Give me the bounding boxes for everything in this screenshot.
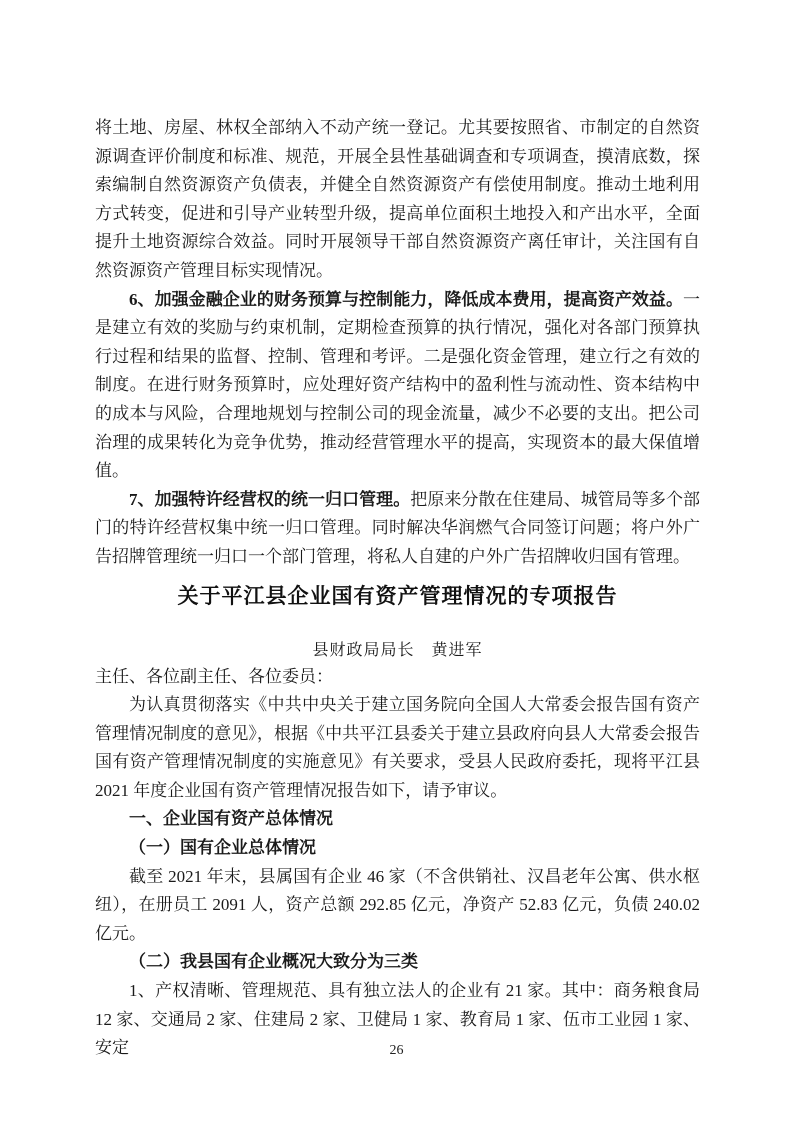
salutation: 主任、各位副主任、各位委员： <box>95 663 700 692</box>
report-title: 关于平江县企业国有资产管理情况的专项报告 <box>95 581 700 613</box>
item-6-body: 一是建立有效的奖励与约束机制，定期检查预算的执行情况，强化对各部门预算执行过程和… <box>95 290 700 481</box>
paragraph-item-7: 7、加强特许经营权的统一归口管理。把原来分散在住建局、城管局等多个部门的特许经营… <box>95 486 700 572</box>
paragraph-item-6: 6、加强金融企业的财务预算与控制能力，降低成本费用，提高资产效益。一是建立有效的… <box>95 286 700 486</box>
paragraph-intro: 为认真贯彻落实《中共中央关于建立国务院向全国人大常委会报告国有资产管理情况制度的… <box>95 691 700 805</box>
report-byline: 县财政局局长 黄进军 <box>95 639 700 663</box>
document-page: 将土地、房屋、林权全部纳入不动产统一登记。尤其要按照省、市制定的自然资源调查评价… <box>0 0 793 1122</box>
heading-section-1: 一、企业国有资产总体情况 <box>95 805 700 834</box>
paragraph-enterprise-totals: 截至 2021 年末，县属国有企业 46 家（不含供销社、汉昌老年公寓、供水枢纽… <box>95 863 700 949</box>
item-7-lead: 7、加强特许经营权的统一归口管理。 <box>129 490 410 509</box>
heading-sub-1-overall: （一）国有企业总体情况 <box>95 834 700 863</box>
heading-sub-2-categories: （二）我县国有企业概况大致分为三类 <box>95 948 700 977</box>
page-number: 26 <box>0 1042 793 1060</box>
paragraph-land-registration: 将土地、房屋、林权全部纳入不动产统一登记。尤其要按照省、市制定的自然资源调查评价… <box>95 114 700 286</box>
item-6-lead: 6、加强金融企业的财务预算与控制能力，降低成本费用，提高资产效益。 <box>129 290 683 309</box>
